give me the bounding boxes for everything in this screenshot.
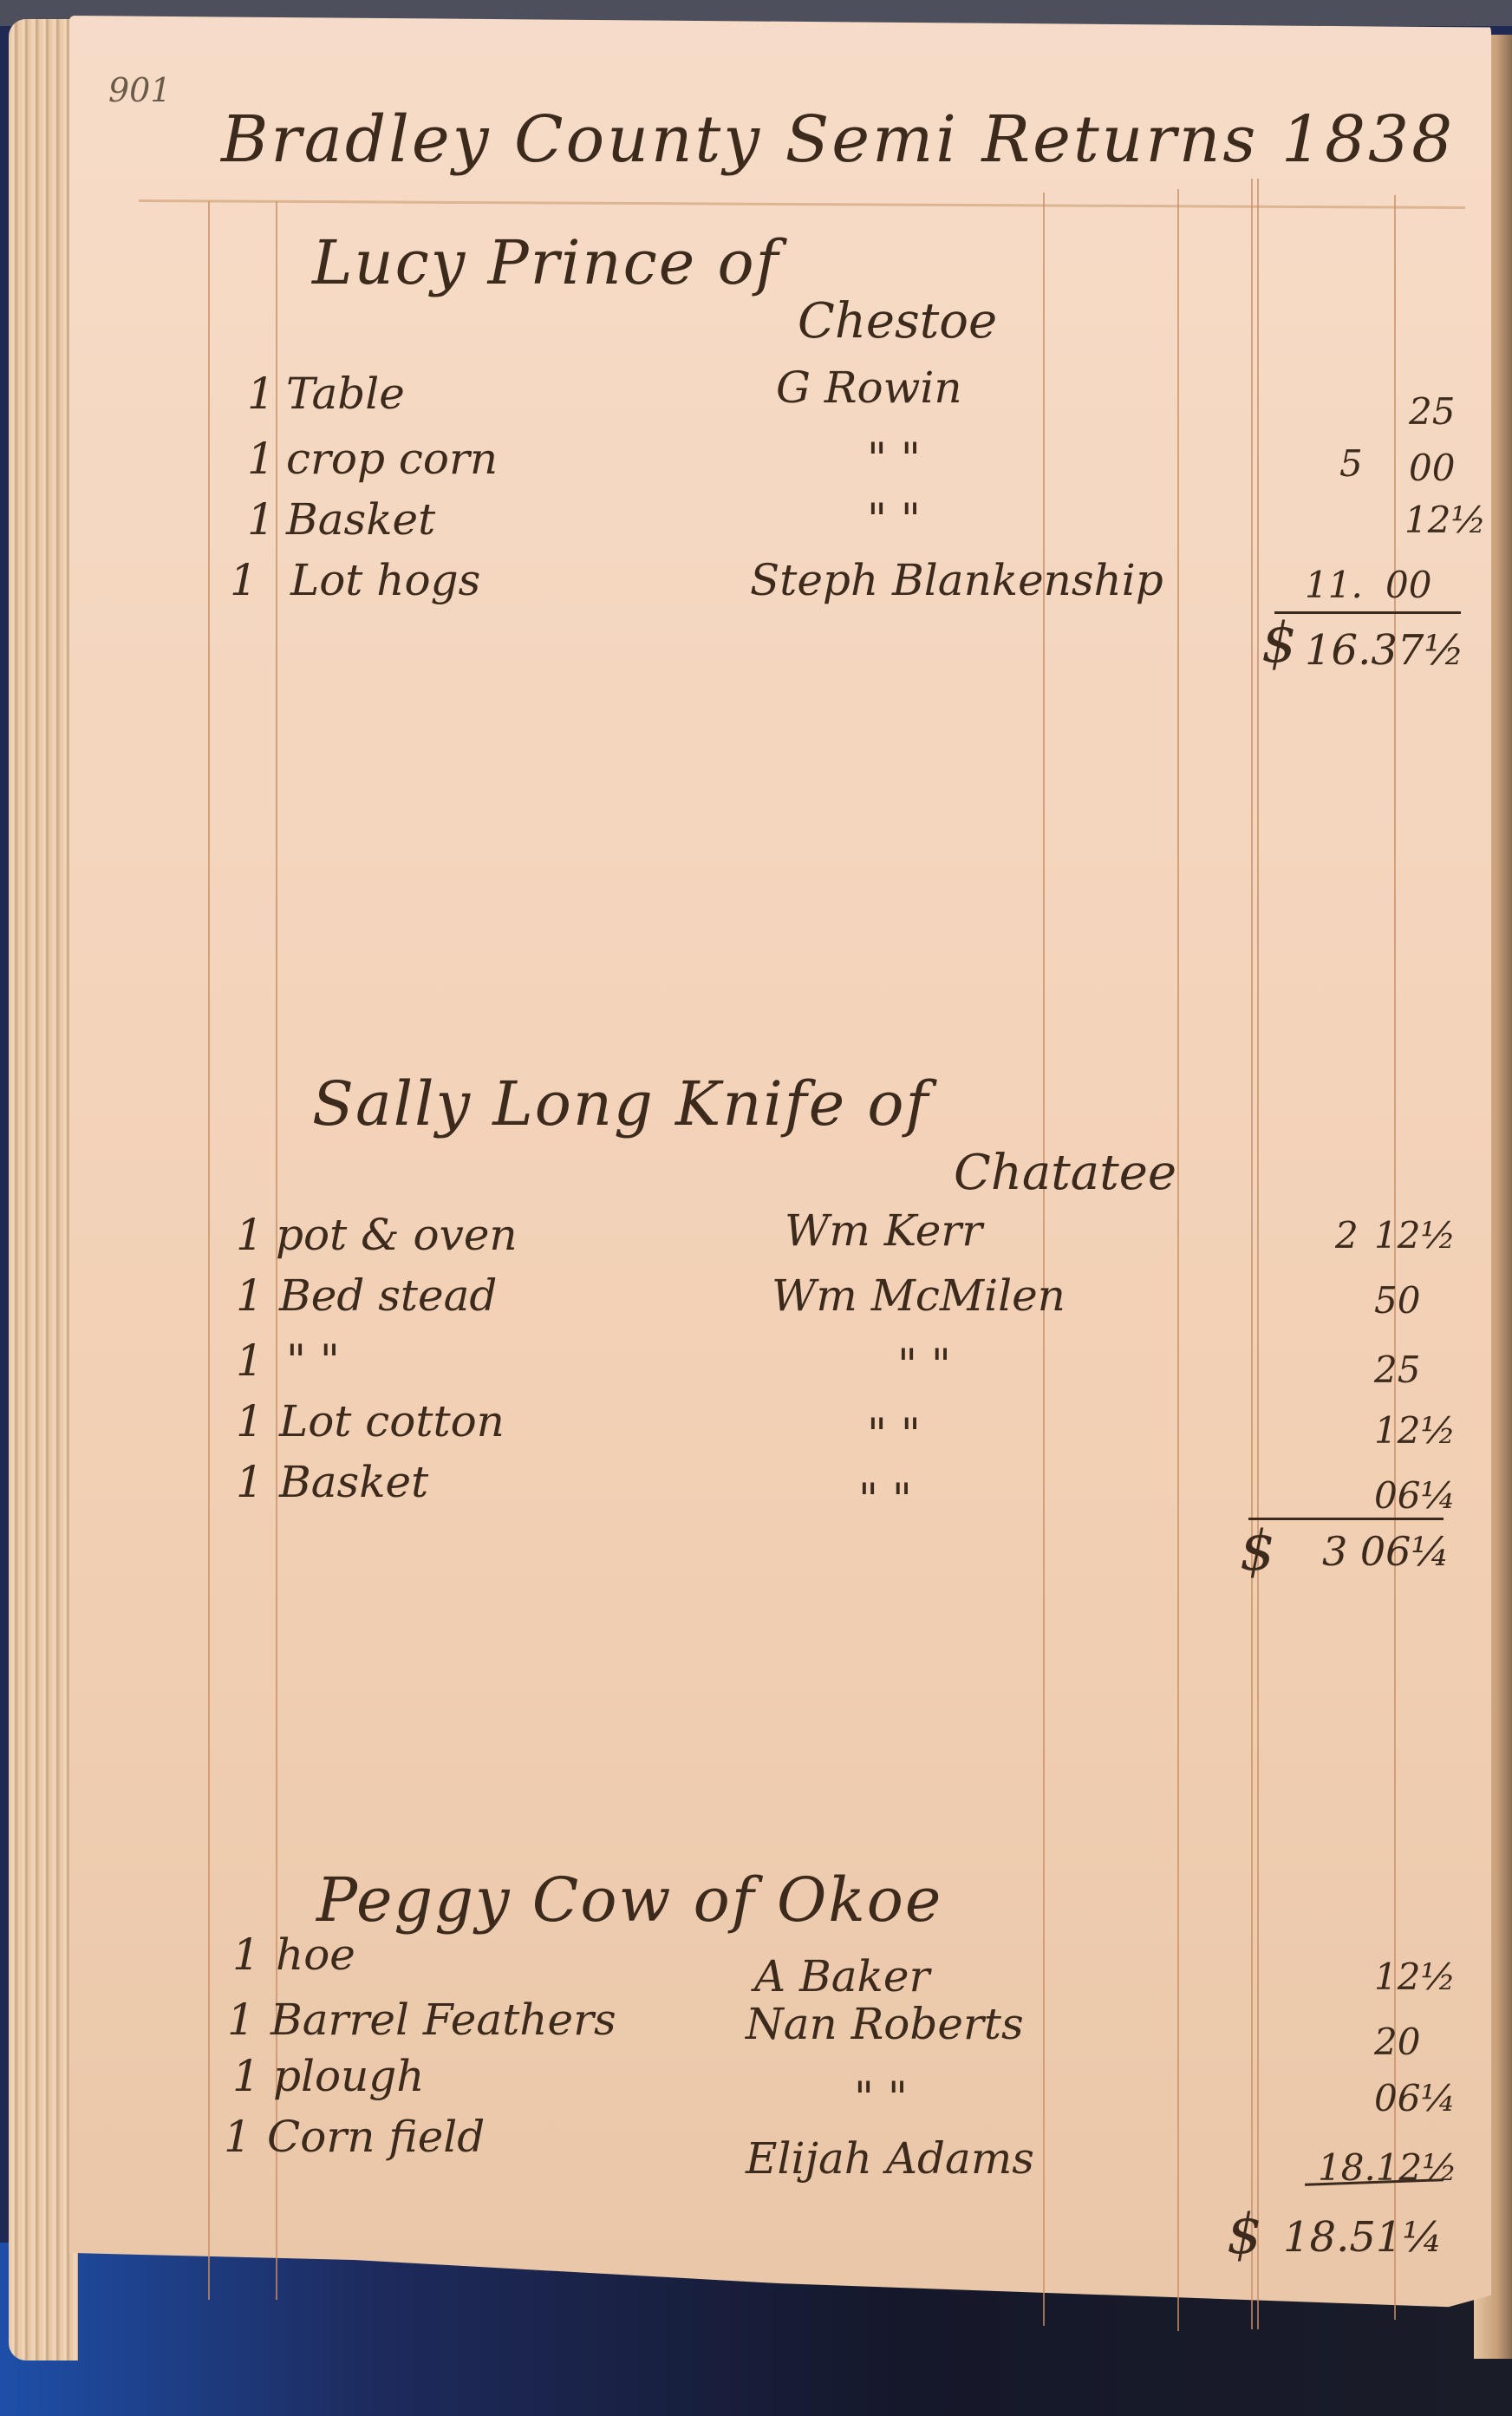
column-line-4 [1394,195,1396,2320]
section-heading: Peggy Cow of Okoe [316,1864,942,1936]
column-line-1 [1043,193,1045,2326]
section-heading: Lucy Prince of [312,227,780,298]
section-place: Chatatee [954,1145,1176,1201]
row-item: Bed stead [279,1270,497,1321]
row-buyer: G Rowin [776,362,962,413]
row-qty: 1 [232,2051,260,2101]
section-total: 18.51¼ [1283,2213,1443,2262]
row-item: Lot hogs [290,555,480,605]
row-buyer: Steph Blankenship [750,555,1163,605]
total-rule [1274,611,1461,614]
column-line-3a [1251,179,1253,2329]
row-buyer: Wm Kerr [785,1205,982,1256]
total-rule [1248,1518,1444,1520]
row-qty: 1 [247,494,275,545]
row-item: Barrel Feathers [270,1995,616,2045]
row-cents: 25 [1409,390,1455,433]
row-buyer: Elijah Adams [746,2133,1034,2184]
row-cents: 06¼ [1374,2077,1456,2119]
column-line-2 [1177,189,1179,2331]
row-item: hoe [276,1930,355,1980]
row-buyer: " " [854,2073,908,2123]
row-buyer: " " [897,1340,951,1390]
page-title: Bradley County Semi Returns 1838 [221,102,1455,177]
row-item: Lot cotton [279,1396,505,1446]
row-qty: 1 [247,434,275,484]
row-cents: 50 [1374,1279,1420,1322]
row-cents: 12½ [1374,1409,1456,1452]
row-cents: 00 [1409,447,1455,489]
dollar-sign: $ [1227,2203,1262,2267]
row-qty: 1 [236,1335,264,1386]
row-qty: 1 [224,2112,251,2162]
row-qty: 1 [230,555,257,605]
row-cents: 12½ [1404,499,1486,541]
section-heading: Sally Long Knife of [312,1068,929,1139]
row-dollars: 5 [1339,442,1363,485]
row-qty: 1 [247,369,275,419]
margin-line-left [208,201,210,2300]
row-buyer: Nan Roberts [746,1999,1024,2049]
section-place: Chestoe [798,293,997,349]
row-buyer: Wm McMilen [772,1270,1066,1321]
page-number: 901 [108,71,172,109]
dollar-sign: $ [1240,1519,1275,1583]
row-buyer: " " [867,1409,921,1459]
row-buyer: " " [867,494,921,545]
row-item: pot & oven [276,1210,518,1260]
row-qty: 1 [236,1210,264,1260]
row-buyer: " " [867,434,921,484]
row-dollars: 11. [1305,564,1363,606]
row-buyer: " " [858,1474,912,1525]
row-qty: 1 [227,1995,255,2045]
row-item: " " [286,1335,340,1386]
section-total: 3 06¼ [1322,1528,1450,1575]
row-cents: 12½ [1374,1214,1456,1257]
row-cents: 00 [1385,564,1431,606]
row-buyer: A Baker [754,1951,929,2001]
row-cents: 25 [1374,1348,1420,1391]
dollar-sign: $ [1261,611,1297,676]
row-qty: 1 [236,1457,264,1507]
row-dollars: 2 [1335,1214,1359,1257]
column-line-3b [1257,179,1259,2329]
row-item: Table [286,369,405,419]
row-qty: 1 [236,1270,264,1321]
row-cents: 20 [1374,2021,1420,2063]
row-item: Basket [286,494,435,545]
row-item: crop corn [286,434,498,484]
row-item: Corn field [267,2112,485,2162]
section-total: 16.37½ [1305,626,1464,675]
row-qty: 1 [232,1930,260,1980]
page-stack-edge [9,19,78,2360]
row-qty: 1 [236,1396,264,1446]
row-item: plough [273,2051,425,2101]
row-cents: 06¼ [1374,1474,1456,1517]
row-cents: 12½ [1374,1956,1456,1998]
row-item: Basket [279,1457,428,1507]
